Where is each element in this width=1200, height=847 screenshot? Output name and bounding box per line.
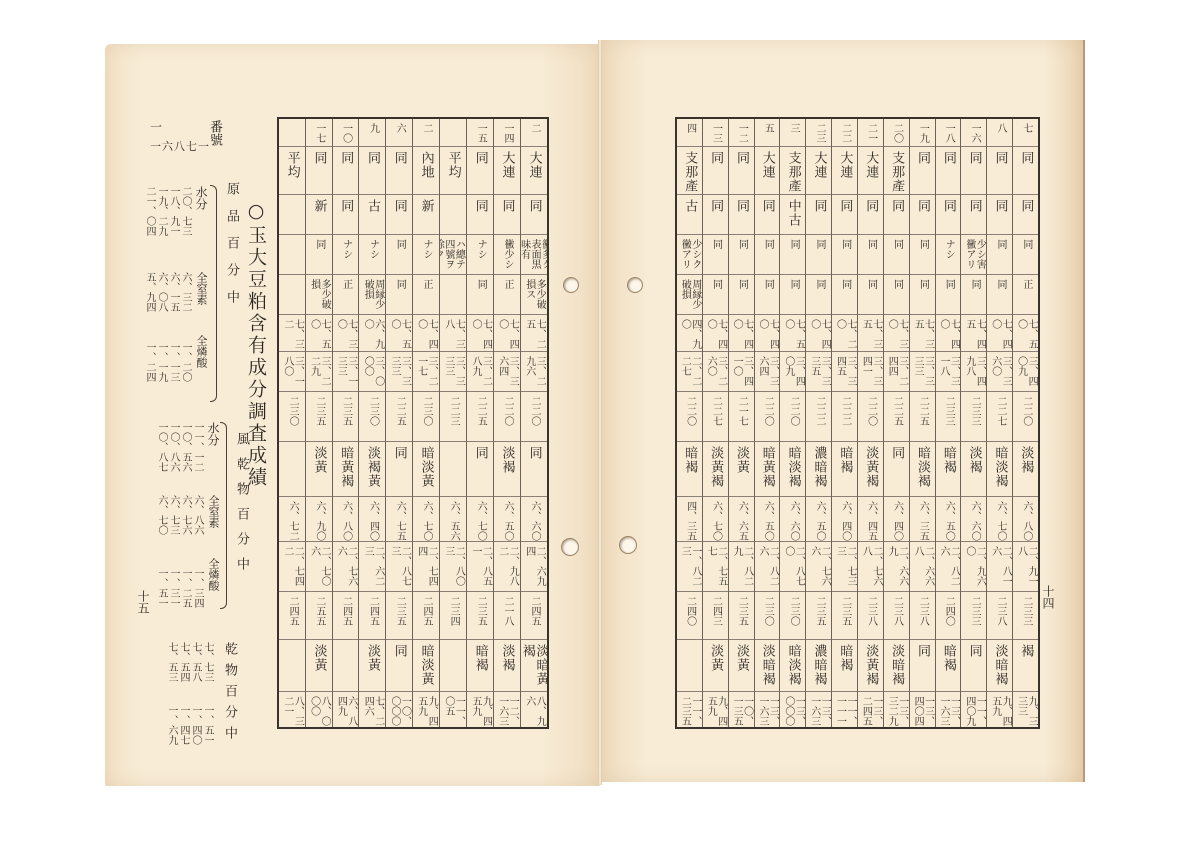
table-cell-r2: 三、三六四 [494, 352, 520, 392]
cell-text: 同 [1019, 151, 1033, 165]
cell-text: 七、五〇 [1015, 319, 1036, 351]
cell-text: 暗淡褐 [786, 446, 800, 488]
table-cell-no: 二一 [858, 119, 883, 147]
table-cell-r2: 三、二八九 [467, 352, 493, 392]
table-cell-r5: 二、七六六 [333, 542, 359, 592]
table-cell-r5: 二、九一八 [1013, 542, 1038, 592]
cell-text: 暗褐 [941, 644, 955, 672]
cell-text: 淡暗黃褐 [521, 644, 547, 691]
table-cell-r7: 一一、二三五 [677, 692, 702, 727]
cell-text: 暗褐 [683, 446, 697, 474]
cell-text: 同 [710, 279, 721, 289]
cell-text: 二、八〇三 [442, 546, 463, 591]
cell-text: 二三五 [475, 596, 486, 626]
cell-text: 同 [943, 279, 954, 289]
cell-text: 同 [891, 239, 902, 249]
cell-text: 同 [339, 199, 353, 213]
table-cell-color2: 褐 [1013, 640, 1038, 692]
cell-text: 一一、四〇九 [963, 696, 984, 727]
cell-text: 暗褐 [941, 446, 955, 474]
cell-text: 七、四〇 [496, 319, 517, 351]
cell-text: 同 [812, 199, 826, 213]
table-cell-no: 八 [987, 119, 1012, 147]
cell-text: 六、五〇 [943, 501, 954, 541]
cell-text: 七、四〇 [937, 319, 958, 351]
cell-text: 二三五 [736, 596, 747, 626]
table-cell-r7: 一一、〇五 [440, 692, 466, 727]
table-cell-r6: 二四三 [703, 592, 728, 640]
table-cell-r6: 二四五 [333, 592, 359, 640]
table-cell-r7: 九、三三三 [1013, 692, 1038, 727]
cell-text: 六、九〇 [362, 319, 383, 351]
cell-text: 淡暗褐 [760, 644, 774, 686]
cell-text: 六、五六 [448, 501, 459, 541]
cell-text: 同 [392, 151, 406, 165]
table-cell-origin: 大連 [755, 147, 780, 195]
number-first: 一 [150, 120, 162, 134]
cell-text: 六、八四九 [335, 696, 356, 727]
cell-text: 同 [889, 446, 903, 460]
cell-text: 七、三八 [442, 319, 463, 351]
table-cell-r3: 二二〇 [677, 392, 702, 442]
raw-nitrogen-value: 五、九四 [142, 272, 157, 312]
table-cell-damage: 同 [780, 275, 805, 315]
cell-text: 六、五〇 [813, 501, 824, 541]
cell-text: 二三〇 [367, 396, 378, 426]
cell-text: 二四五 [421, 596, 432, 626]
table-cell-r3: 二二〇 [755, 392, 780, 442]
table-cell-r4: 六、七〇 [413, 497, 439, 542]
table-cell-mold: 同 [910, 235, 935, 275]
cell-text: 一三、四〇四 [912, 696, 933, 727]
table-cell-origin: 同 [703, 147, 728, 195]
table-cell-damage: 同 [910, 275, 935, 315]
table-cell-color2: 淡褐 [494, 640, 520, 692]
table-cell-color1: 暗褐 [832, 442, 857, 497]
cell-text: 六、七二 [287, 501, 298, 541]
cell-text: 同 [1019, 199, 1033, 213]
cell-text: 七、四〇 [808, 319, 829, 351]
table-cell-r4: 六、四〇 [884, 497, 909, 542]
table-cell-r2: 三、四九八 [961, 352, 986, 392]
cell-text: 同 [788, 239, 799, 249]
cell-text: ナシ [367, 239, 378, 259]
table-cell-damage: 多少破損 [306, 275, 332, 315]
table-cell-age: 同 [910, 195, 935, 235]
table-cell-r2: 三、二二九 [306, 352, 332, 392]
cell-text: 八、九六 [523, 696, 544, 727]
cell-text: 暗淡黃 [419, 644, 433, 686]
cell-text: 同 [889, 199, 903, 213]
table-cell-r4: 六、四〇 [359, 497, 385, 542]
table-cell-r1: 七、三〇 [333, 315, 359, 352]
cell-text: 同 [762, 279, 773, 289]
table-cell-age [279, 195, 305, 235]
table-cell-no: 一九 [910, 119, 935, 147]
table-column: 平均七、三二三、一八〇二三〇六、七二二、七四二二四五八、三二一 [279, 119, 305, 727]
table-cell-mold: 黴少シ [494, 235, 520, 275]
binding-hole [561, 538, 579, 556]
table-cell-r2: 三、二九六 [521, 352, 547, 392]
table-column: 二二大連同同同七、二〇三、三四五二二二暗褐六、四〇二、七三三二三五暗褐一一、一一… [831, 119, 857, 727]
table-cell-age: 同 [832, 195, 857, 235]
cell-text: 二、七六八 [860, 546, 881, 591]
cell-text: 九、四五九 [415, 696, 436, 727]
cell-text: 三、四〇九 [1015, 356, 1036, 391]
cell-text: 二 [529, 123, 540, 133]
table-cell-color1: 淡黃褐 [703, 442, 728, 497]
cell-text: 七、二五 [523, 319, 544, 351]
table-cell-color1: 同 [521, 442, 547, 497]
table-cell-r4: 六、六〇 [961, 497, 986, 542]
table-cell-no: 一七 [306, 119, 332, 147]
cell-text: 二二〇 [865, 396, 876, 426]
table-cell-origin: 大連 [832, 147, 857, 195]
cell-text: 二、七三三 [834, 546, 855, 591]
table-cell-r3: 二二〇 [780, 392, 805, 442]
table-cell-r1: 七、二五 [521, 315, 547, 352]
cell-text: 一八 [943, 123, 954, 143]
table-cell-r6: 二四五 [413, 592, 439, 640]
cell-text: 淡黃 [365, 644, 379, 672]
cell-text: 二二二 [813, 396, 824, 426]
table-cell-color2: 淡黃 [306, 640, 332, 692]
cell-text: 六、六〇 [529, 501, 540, 541]
table-cell-r3: 二二五 [386, 392, 412, 442]
table-cell-damage: 同 [467, 275, 493, 315]
table-column: 一〇同同ナシ正七、三〇三、一三三二三五暗黃褐六、八〇二、七六六二四五六、八四九 [332, 119, 359, 727]
table-cell-age: 同 [987, 195, 1012, 235]
table-cell-origin: 同 [729, 147, 754, 195]
cell-text: 同 [993, 199, 1007, 213]
table-cell-r7: 七、二四六 [359, 692, 385, 727]
cell-text: 平均ニハ總テ四號ヲ除ク [440, 239, 466, 274]
table-cell-r7: 八、〇〇〇 [306, 692, 332, 727]
cell-text: 同 [994, 239, 1005, 249]
cell-text: 淡黃褐 [864, 446, 878, 488]
cell-text: 多少破損 [308, 279, 329, 314]
cell-text: 同 [839, 239, 850, 249]
table-cell-age: 中古 [780, 195, 805, 235]
table-cell-mold: 同 [755, 235, 780, 275]
cell-text: 二、六九四 [523, 546, 544, 591]
cell-text: 大連 [838, 151, 852, 179]
table-cell-r1: 七、四〇 [494, 315, 520, 352]
table-cell-r3: 二二三 [440, 392, 466, 442]
table-cell-r7: 一〇、一三五 [729, 692, 754, 727]
table-cell-r4: 四、三五 [677, 497, 702, 542]
table-cell-damage [440, 275, 466, 315]
table-cell-age: 同 [521, 195, 547, 235]
table-cell-r2: 三、二六〇 [703, 352, 728, 392]
cell-text: 二五五 [313, 596, 324, 626]
table-cell-r5: 二、八七〇 [780, 542, 805, 592]
cell-text: 三、二一七 [415, 356, 436, 391]
table-cell-r7: 一一、一一一 [832, 692, 857, 727]
table-cell-mold: 同 [703, 235, 728, 275]
table-cell-mold: 少シク黴アリ [677, 235, 702, 275]
cell-text: 暗褐 [838, 446, 852, 474]
table-cell-age: 同 [494, 195, 520, 235]
table-cell-origin: 同 [306, 147, 332, 195]
table-cell-damage [279, 275, 305, 315]
cell-text: 同 [475, 279, 486, 289]
table-cell-r2: 三、一三三 [333, 352, 359, 392]
cell-text: 淡黃褐 [708, 446, 722, 488]
table-cell-no: 一二 [729, 119, 754, 147]
table-cell-color2: 同 [961, 640, 986, 692]
table-cell-r3: 二三〇 [279, 392, 305, 442]
table-cell-damage: 同 [884, 275, 909, 315]
cell-text: 六、四〇 [367, 501, 378, 541]
table-cell-no: 五 [755, 119, 780, 147]
cell-text: 二、六六八 [912, 546, 933, 591]
cell-text: 二一 [865, 123, 876, 143]
table-cell-r2: 三、三三三 [910, 352, 935, 392]
cell-text: 一六 [969, 123, 980, 143]
table-cell-damage: 同 [806, 275, 831, 315]
cell-text: 七、二四六 [362, 696, 383, 727]
cell-text: 一三、〇〇〇 [782, 696, 803, 727]
cell-text: 古 [365, 199, 379, 213]
table-cell-r1: 七、五〇 [1013, 315, 1038, 352]
cell-text: 七、五〇 [388, 319, 409, 351]
table-cell-origin: 同 [961, 147, 986, 195]
cell-text: 同 [710, 239, 721, 249]
table-cell-r4: 六、五〇 [494, 497, 520, 542]
table-cell-r2: 三、四〇九 [1013, 352, 1038, 392]
cell-text: 淡暗褐 [889, 644, 903, 686]
cell-text: 內地 [419, 151, 433, 179]
cell-text: 同 [864, 199, 878, 213]
cell-text: 二、八一六 [989, 546, 1010, 591]
table-cell-damage: 同 [936, 275, 961, 315]
table-cell-color2: 淡暗褐 [987, 640, 1012, 692]
cell-text: 七、五〇 [782, 319, 803, 351]
cell-text: 二二二 [839, 396, 850, 426]
table-cell-color1: 暗淡褐 [987, 442, 1012, 497]
cell-text: 正 [501, 279, 512, 289]
cell-text: 淡黃 [734, 644, 748, 672]
table-cell-r4: 六、五〇 [806, 497, 831, 542]
moisture-label: 水分 [193, 186, 210, 210]
cell-text: 一〇、〇〇〇 [388, 696, 409, 727]
cell-text: 二、八七三 [388, 546, 409, 591]
cell-text: 淡褐 [500, 446, 514, 474]
book-gutter [598, 40, 602, 785]
cell-text: 二二五 [475, 396, 486, 426]
table-cell-mold: 同 [780, 235, 805, 275]
table-column: 一四大連同黴少シ正七、四〇三、三六四二二〇淡褐六、五〇二、九八二二一八淡褐一二、… [493, 119, 520, 727]
cell-text: 正 [421, 279, 432, 289]
cell-text: 同 [917, 239, 928, 249]
table-cell-r4: 六、七五 [386, 497, 412, 542]
cell-text: 二四五 [340, 596, 351, 626]
cell-text: 同 [1020, 239, 1031, 249]
cell-text: 一九 [917, 123, 928, 143]
phosphoric-label: 全燐酸 [193, 335, 209, 368]
cell-text: 六、六〇 [969, 501, 980, 541]
table-cell-r5: 二、九六〇 [961, 542, 986, 592]
table-cell-origin: 同 [333, 147, 359, 195]
table-cell-r1: 七、四〇 [806, 315, 831, 352]
table-cell-no: 一〇 [333, 119, 359, 147]
table-cell-r3: 二二七 [987, 392, 1012, 442]
cell-text: 二、六二三 [362, 546, 383, 591]
table-column: 一七同新同多少破損七、五〇三、二二九二三五淡黃六、九〇二、七〇六二五五淡黃八、〇… [305, 119, 332, 727]
table-cell-r6: 二三八 [910, 592, 935, 640]
group-brace [210, 185, 217, 402]
table-cell-mold: 同 [884, 235, 909, 275]
cell-text: 同 [865, 239, 876, 249]
cell-text: 二三〇 [762, 596, 773, 626]
table-cell-r1: 七、三五 [858, 315, 883, 352]
table-cell-mold: 同 [806, 235, 831, 275]
cell-text: 六、八〇 [1020, 501, 1031, 541]
cell-text: 淡褐 [500, 644, 514, 672]
table-cell-damage: 同 [386, 275, 412, 315]
table-cell-r4: 六、七〇 [987, 497, 1012, 542]
table-column: 一三同同同同七、四〇三、二六〇二二七淡黃褐六、七〇二、七五七二四三淡黃九、四五九 [702, 119, 728, 727]
table-cell-r3: 二三〇 [359, 392, 385, 442]
cell-text: 同 [736, 279, 747, 289]
cell-text: 二二五 [891, 396, 902, 426]
cell-text: 三、三四一 [860, 356, 881, 391]
table-cell-origin: 大連 [494, 147, 520, 195]
table-cell-r3: 二二〇 [494, 392, 520, 442]
table-cell-r4: 六、三五 [910, 497, 935, 542]
table-cell-no: 六 [386, 119, 412, 147]
raw-phosphoric-value: 一、二四 [142, 342, 157, 382]
table-cell-color2: 同 [910, 640, 935, 692]
table-column: 二〇支那產同同同七、三〇三、二四四二二五同六、四〇二、六六九二三八淡暗褐一三、三… [883, 119, 909, 727]
cell-text: 同 [339, 151, 353, 165]
table-cell-r3: 二三〇 [413, 392, 439, 442]
table-cell-r3: 二二〇 [521, 392, 547, 442]
cell-text: 二三三 [969, 596, 980, 626]
table-cell-r5: 一、八二三 [677, 542, 702, 592]
cell-text: 六、四五 [865, 501, 876, 541]
cell-text: 同 [891, 279, 902, 289]
cell-text: 同 [708, 151, 722, 165]
cell-text: 同 [392, 644, 406, 658]
cell-text: 暗淡黃 [419, 446, 433, 488]
cell-text: 大連 [527, 151, 541, 179]
table-cell-age: 同 [703, 195, 728, 235]
table-cell-r5: 二、七四四 [413, 542, 439, 592]
cell-text: 二二〇 [529, 396, 540, 426]
cell-text: 二、八七〇 [782, 546, 803, 591]
cell-text: 同 [915, 199, 929, 213]
table-cell-r6: 二四五 [521, 592, 547, 640]
cell-text: ナシ [340, 239, 351, 259]
cell-text: 三、三三三 [388, 356, 409, 391]
cell-text: 淡黃 [708, 644, 722, 672]
group-air-dried-label: 風乾物百分中 [232, 432, 251, 582]
cell-text: 七、四五 [963, 319, 984, 351]
table-column: 七同同同正七、五〇三、四〇九二二〇淡褐六、八〇二、九一八二三三褐九、三三三 [1012, 119, 1038, 727]
table-cell-r2: 三、三三五 [806, 352, 831, 392]
table-cell-mold: ナシ [359, 235, 385, 275]
cell-text: 六、七〇 [994, 501, 1005, 541]
table-cell-r2: 三、三一八 [936, 352, 961, 392]
table-cell-mold: ナシ [467, 235, 493, 275]
table-cell-r6: 二五五 [306, 592, 332, 640]
cell-text: 同 [392, 446, 406, 460]
cell-text: 同 [473, 199, 487, 213]
table-cell-r7: 一三、二四五 [858, 692, 883, 727]
table-cell-no: 二三 [806, 119, 831, 147]
table-cell-r5: 二、八一六 [987, 542, 1012, 592]
table-cell-age: 同 [936, 195, 961, 235]
raw-moisture-value: 二一、〇四 [142, 186, 157, 236]
cell-text: 淡黃 [312, 644, 326, 672]
cell-text: 同 [865, 279, 876, 289]
table-column: 九同古ナシ周縁少破損六、九〇三、〇〇〇二三〇淡褐黃六、四〇二、六二三二四五淡黃七… [358, 119, 385, 727]
table-cell-damage: 同 [755, 275, 780, 315]
table-cell-color1: 暗黃褐 [755, 442, 780, 497]
table-cell-r1: 七、三二 [279, 315, 305, 352]
cell-text: 暗淡褐 [993, 446, 1007, 488]
cell-text: 二、六六九 [886, 546, 907, 591]
cell-text: 二、二二七 [679, 356, 700, 391]
cell-text: 二二七 [710, 396, 721, 426]
cell-text: 一一、一一一 [834, 696, 855, 727]
table-cell-color1: 同 [884, 442, 909, 497]
table-cell-age: 同 [755, 195, 780, 235]
table-cell-r6: 二三〇 [755, 592, 780, 640]
cell-text: 周縁少破損 [679, 279, 700, 314]
table-cell-r6: 二三四 [440, 592, 466, 640]
cell-text: 二三〇 [287, 396, 298, 426]
cell-text: 二三〇 [421, 396, 432, 426]
cell-text: 一五 [475, 123, 486, 143]
cell-text: 二三五 [313, 396, 324, 426]
table-cell-color1: 淡褐 [1013, 442, 1038, 497]
cell-text: 暗褐 [473, 644, 487, 672]
table-cell-age: 同 [333, 195, 359, 235]
table-cell-origin: 大連 [806, 147, 831, 195]
cell-text: 二〇 [891, 123, 902, 143]
table-cell-color1: 同 [467, 442, 493, 497]
table-cell-mold: 同 [858, 235, 883, 275]
table-cell-no: 一五 [467, 119, 493, 147]
table-cell-origin: 同 [359, 147, 385, 195]
cell-text: 六、七五 [394, 501, 405, 541]
cell-text: 二、七六六 [335, 546, 356, 591]
cell-text: ナシ [475, 239, 486, 259]
cell-text: 二四三 [710, 596, 721, 626]
binding-hole [619, 536, 637, 554]
cell-text: ナシ [943, 239, 954, 259]
cell-text: 七、五〇 [308, 319, 329, 351]
table-cell-color1: 暗淡黃 [413, 442, 439, 497]
table-cell-r7: 一一、四〇九 [961, 692, 986, 727]
cell-text: 支那產 [683, 151, 697, 193]
table-cell-damage: 同 [832, 275, 857, 315]
table-cell-r1: 七、三〇 [884, 315, 909, 352]
page-number-right: 十四 [1040, 585, 1057, 609]
table-cell-color2: 暗淡褐 [780, 640, 805, 692]
table-cell-mold: ナシ [333, 235, 359, 275]
table-cell-r4: 六、五〇 [755, 497, 780, 542]
cell-text: 二四五 [287, 596, 298, 626]
table-cell-r3: 二二五 [467, 392, 493, 442]
cell-text: 淡褐 [1019, 446, 1033, 474]
cell-text: 濃暗褐 [812, 446, 826, 488]
table-cell-r7: 九、四五九 [467, 692, 493, 727]
table-cell-r6: 二三〇 [780, 592, 805, 640]
